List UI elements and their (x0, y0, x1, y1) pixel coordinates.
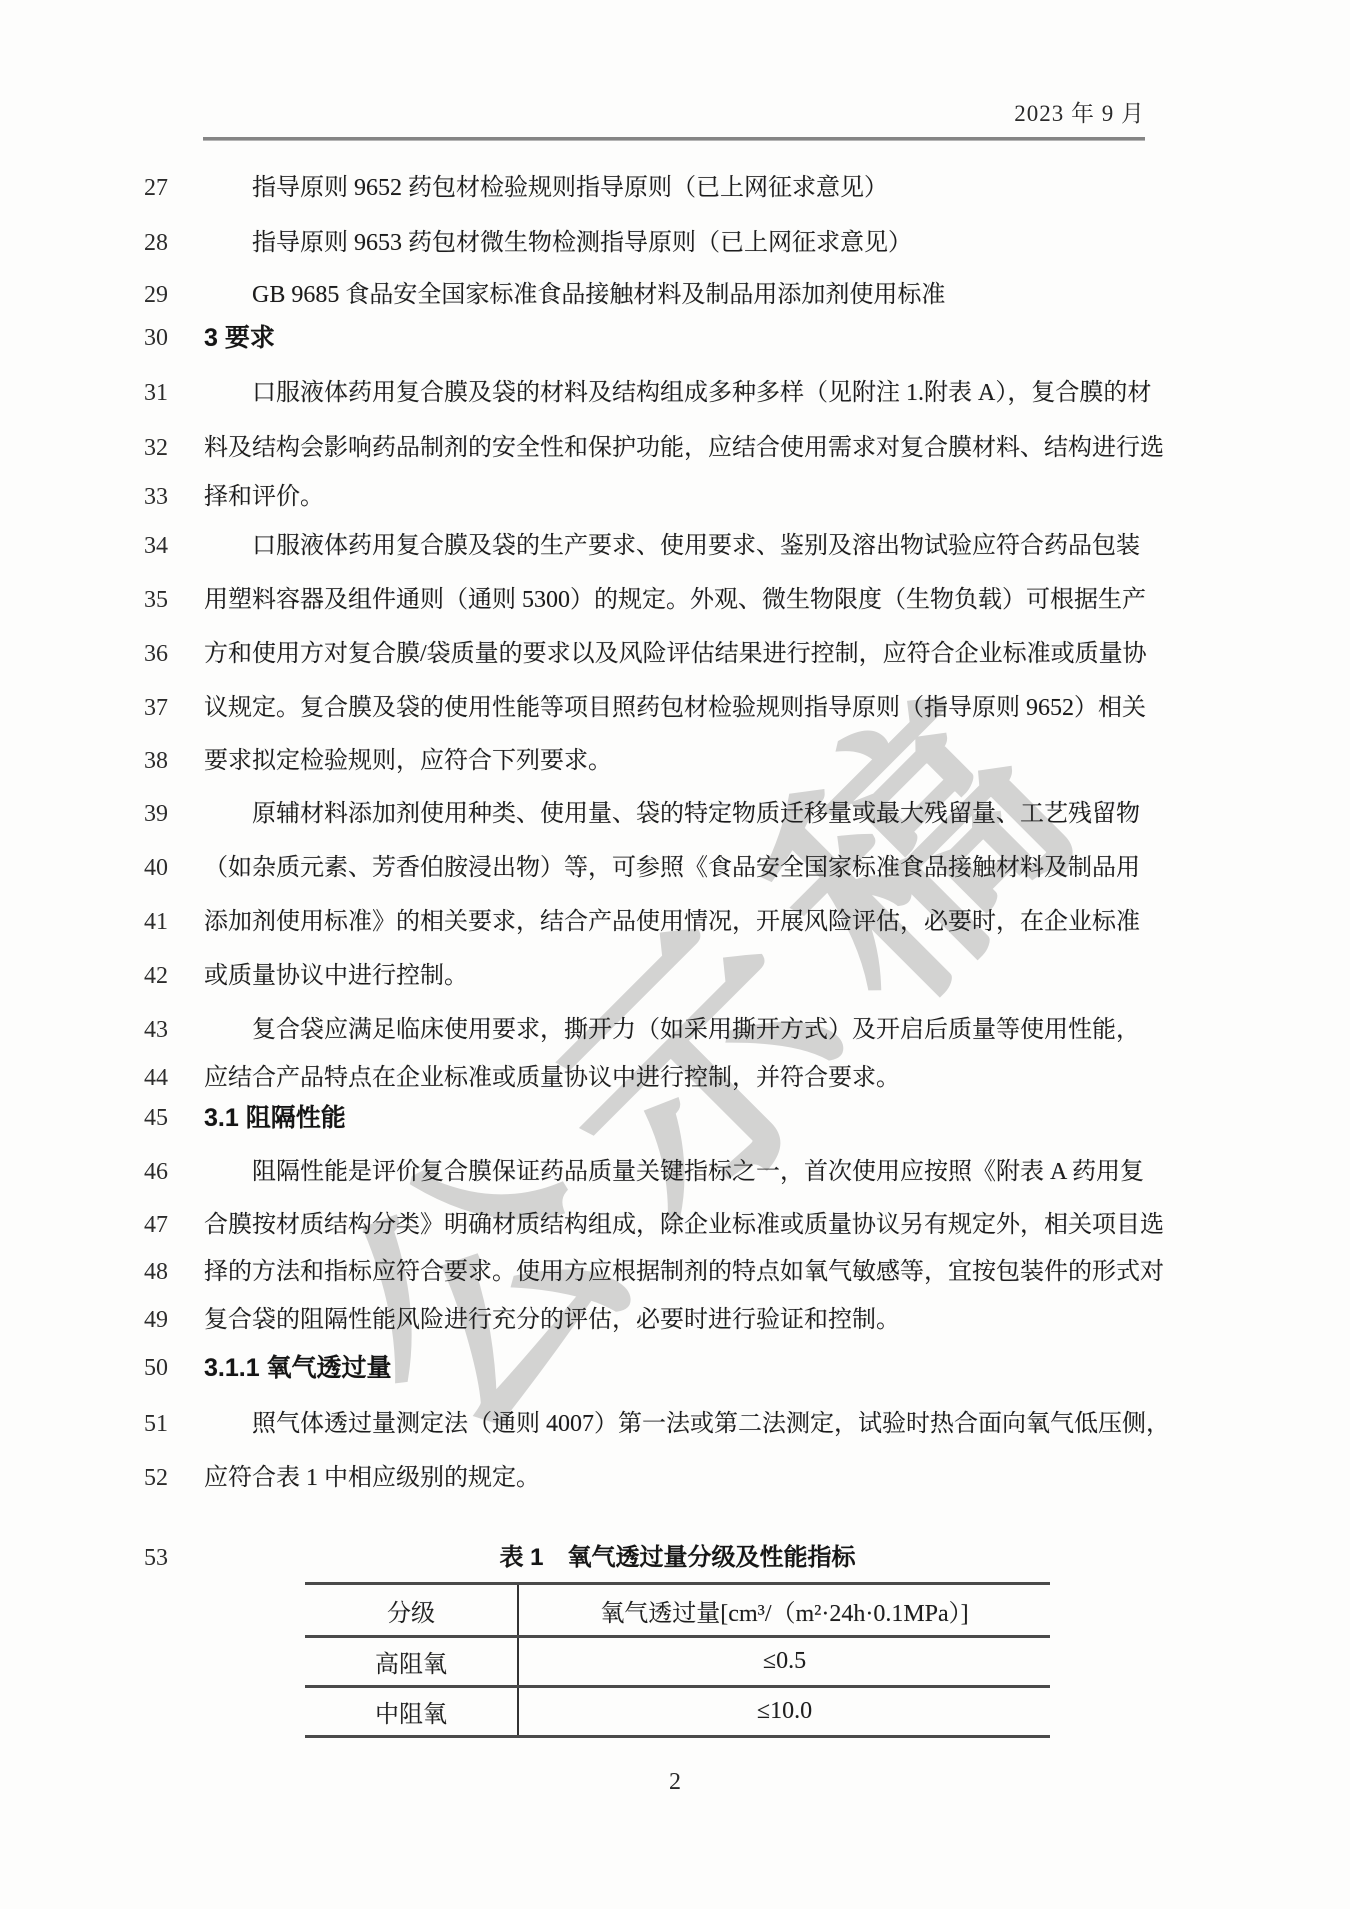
line-text: 择的方法和指标应符合要求。使用方应根据制剂的特点如氧气敏感等，宜按包装件的形式对 (204, 1256, 1164, 1288)
document-line: 34口服液体药用复合膜及袋的生产要求、使用要求、鉴别及溶出物试验应符合药品包装 (0, 530, 1350, 564)
line-number: 34 (110, 530, 168, 562)
document-line: 36方和使用方对复合膜/袋质量的要求以及风险评估结果进行控制，应符合企业标准或质… (0, 638, 1350, 672)
line-text: 合膜按材质结构分类》明确材质结构组成，除企业标准或质量协议另有规定外，相关项目选 (204, 1209, 1164, 1241)
line-number: 38 (110, 745, 168, 777)
document-line: 47合膜按材质结构分类》明确材质结构组成，除企业标准或质量协议另有规定外，相关项… (0, 1209, 1350, 1243)
line-number: 53 (110, 1542, 168, 1574)
line-number: 52 (110, 1462, 168, 1494)
table-body: 高阻氧≤0.5中阻氧≤10.0 (305, 1638, 1050, 1738)
line-number: 48 (110, 1256, 168, 1288)
document-line: 39原辅材料添加剂使用种类、使用量、袋的特定物质迁移量或最大残留量、工艺残留物 (0, 798, 1350, 832)
column-header-otr: 氧气透过量[cm³/（m²·24h·0.1MPa）] (519, 1585, 1050, 1635)
line-number: 37 (110, 692, 168, 724)
line-text: 指导原则 9653 药包材微生物检测指导原则（已上网征求意见） (252, 227, 912, 259)
document-line: 503.1.1 氧气透过量 (0, 1352, 1350, 1386)
document-page: 公示稿 2023 年 9 月 27指导原则 9652 药包材检验规则指导原则（已… (0, 0, 1350, 1909)
line-text: 或质量协议中进行控制。 (204, 960, 468, 992)
table-row: 高阻氧≤0.5 (305, 1638, 1050, 1688)
line-text: 用塑料容器及组件通则（通则 5300）的规定。外观、微生物限度（生物负载）可根据… (204, 584, 1146, 616)
line-text: 应符合表 1 中相应级别的规定。 (204, 1462, 540, 1494)
line-text: 添加剂使用标准》的相关要求，结合产品使用情况，开展风险评估，必要时，在企业标准 (204, 906, 1140, 938)
line-text: （如杂质元素、芳香伯胺浸出物）等，可参照《食品安全国家标准食品接触材料及制品用 (204, 852, 1140, 884)
line-text: 择和评价。 (204, 481, 324, 513)
column-header-grade: 分级 (305, 1585, 519, 1635)
line-text: 复合袋的阻隔性能风险进行充分的评估，必要时进行验证和控制。 (204, 1304, 900, 1336)
line-number: 39 (110, 798, 168, 830)
line-number: 51 (110, 1408, 168, 1440)
document-line: 51照气体透过量测定法（通则 4007）第一法或第二法测定，试验时热合面向氧气低… (0, 1408, 1350, 1442)
document-line: 29GB 9685 食品安全国家标准食品接触材料及制品用添加剂使用标准 (0, 279, 1350, 313)
line-text: 口服液体药用复合膜及袋的生产要求、使用要求、鉴别及溶出物试验应符合药品包装 (252, 530, 1140, 562)
document-line: 37议规定。复合膜及袋的使用性能等项目照药包材检验规则指导原则（指导原则 965… (0, 692, 1350, 726)
document-line: 27指导原则 9652 药包材检验规则指导原则（已上网征求意见） (0, 172, 1350, 206)
grade-cell: 中阻氧 (305, 1688, 519, 1735)
oxygen-permeability-table: 分级 氧气透过量[cm³/（m²·24h·0.1MPa）] 高阻氧≤0.5中阻氧… (305, 1582, 1050, 1738)
document-line: 303 要求 (0, 322, 1350, 356)
document-line: 52应符合表 1 中相应级别的规定。 (0, 1462, 1350, 1496)
section-heading: 3 要求 (204, 322, 275, 354)
line-number: 43 (110, 1014, 168, 1046)
line-text: 口服液体药用复合膜及袋的材料及结构组成多种多样（见附注 1.附表 A），复合膜的… (252, 377, 1151, 409)
header-date: 2023 年 9 月 (1014, 95, 1145, 128)
document-line: 48择的方法和指标应符合要求。使用方应根据制剂的特点如氧气敏感等，宜按包装件的形… (0, 1256, 1350, 1290)
line-number: 27 (110, 172, 168, 204)
line-number: 41 (110, 906, 168, 938)
document-line: 35用塑料容器及组件通则（通则 5300）的规定。外观、微生物限度（生物负载）可… (0, 584, 1350, 618)
section-heading: 3.1.1 氧气透过量 (204, 1352, 392, 1384)
page-number: 2 (0, 1769, 1350, 1796)
line-number: 29 (110, 279, 168, 311)
document-line: 42或质量协议中进行控制。 (0, 960, 1350, 994)
line-text: 指导原则 9652 药包材检验规则指导原则（已上网征求意见） (252, 172, 888, 204)
table-row: 中阻氧≤10.0 (305, 1688, 1050, 1738)
line-number: 45 (110, 1102, 168, 1134)
line-number: 42 (110, 960, 168, 992)
document-line: 33择和评价。 (0, 481, 1350, 515)
line-text: 复合袋应满足临床使用要求，撕开力（如采用撕开方式）及开启后质量等使用性能， (252, 1014, 1140, 1046)
line-number: 30 (110, 322, 168, 354)
otr-value-cell: ≤0.5 (519, 1638, 1050, 1685)
line-number: 28 (110, 227, 168, 259)
line-text: 议规定。复合膜及袋的使用性能等项目照药包材检验规则指导原则（指导原则 9652）… (204, 692, 1146, 724)
table-header-row: 分级 氧气透过量[cm³/（m²·24h·0.1MPa）] (305, 1585, 1050, 1638)
line-text: 阻隔性能是评价复合膜保证药品质量关键指标之一，首次使用应按照《附表 A 药用复 (252, 1156, 1144, 1188)
grade-cell: 高阻氧 (305, 1638, 519, 1685)
line-number: 35 (110, 584, 168, 616)
line-number: 33 (110, 481, 168, 513)
line-number: 49 (110, 1304, 168, 1336)
line-number: 31 (110, 377, 168, 409)
line-number: 44 (110, 1062, 168, 1094)
line-number: 46 (110, 1156, 168, 1188)
document-line: 31口服液体药用复合膜及袋的材料及结构组成多种多样（见附注 1.附表 A），复合… (0, 377, 1350, 411)
line-number: 36 (110, 638, 168, 670)
table-caption: 表 1 氧气透过量分级及性能指标 (305, 1542, 1050, 1574)
table-caption-row: 53 表 1 氧气透过量分级及性能指标 (0, 1542, 1350, 1576)
line-text: 要求拟定检验规则，应符合下列要求。 (204, 745, 612, 777)
line-text: 原辅材料添加剂使用种类、使用量、袋的特定物质迁移量或最大残留量、工艺残留物 (252, 798, 1140, 830)
section-heading: 3.1 阻隔性能 (204, 1102, 346, 1134)
header-rule (203, 137, 1145, 141)
line-number: 47 (110, 1209, 168, 1241)
document-line: 49复合袋的阻隔性能风险进行充分的评估，必要时进行验证和控制。 (0, 1304, 1350, 1338)
document-line: 38要求拟定检验规则，应符合下列要求。 (0, 745, 1350, 779)
line-text: 方和使用方对复合膜/袋质量的要求以及风险评估结果进行控制，应符合企业标准或质量协 (204, 638, 1147, 670)
document-line: 453.1 阻隔性能 (0, 1102, 1350, 1136)
line-number: 40 (110, 852, 168, 884)
document-line: 41添加剂使用标准》的相关要求，结合产品使用情况，开展风险评估，必要时，在企业标… (0, 906, 1350, 940)
line-text: 照气体透过量测定法（通则 4007）第一法或第二法测定，试验时热合面向氧气低压侧… (252, 1408, 1170, 1440)
line-text: 料及结构会影响药品制剂的安全性和保护功能，应结合使用需求对复合膜材料、结构进行选 (204, 432, 1164, 464)
document-line: 44应结合产品特点在企业标准或质量协议中进行控制，并符合要求。 (0, 1062, 1350, 1096)
line-text: 应结合产品特点在企业标准或质量协议中进行控制，并符合要求。 (204, 1062, 900, 1094)
line-number: 32 (110, 432, 168, 464)
document-line: 28指导原则 9653 药包材微生物检测指导原则（已上网征求意见） (0, 227, 1350, 261)
otr-value-cell: ≤10.0 (519, 1688, 1050, 1735)
document-line: 32料及结构会影响药品制剂的安全性和保护功能，应结合使用需求对复合膜材料、结构进… (0, 432, 1350, 466)
document-line: 40（如杂质元素、芳香伯胺浸出物）等，可参照《食品安全国家标准食品接触材料及制品… (0, 852, 1350, 886)
line-number: 50 (110, 1352, 168, 1384)
document-line: 43复合袋应满足临床使用要求，撕开力（如采用撕开方式）及开启后质量等使用性能， (0, 1014, 1350, 1048)
document-line: 46阻隔性能是评价复合膜保证药品质量关键指标之一，首次使用应按照《附表 A 药用… (0, 1156, 1350, 1190)
line-text: GB 9685 食品安全国家标准食品接触材料及制品用添加剂使用标准 (252, 279, 945, 311)
